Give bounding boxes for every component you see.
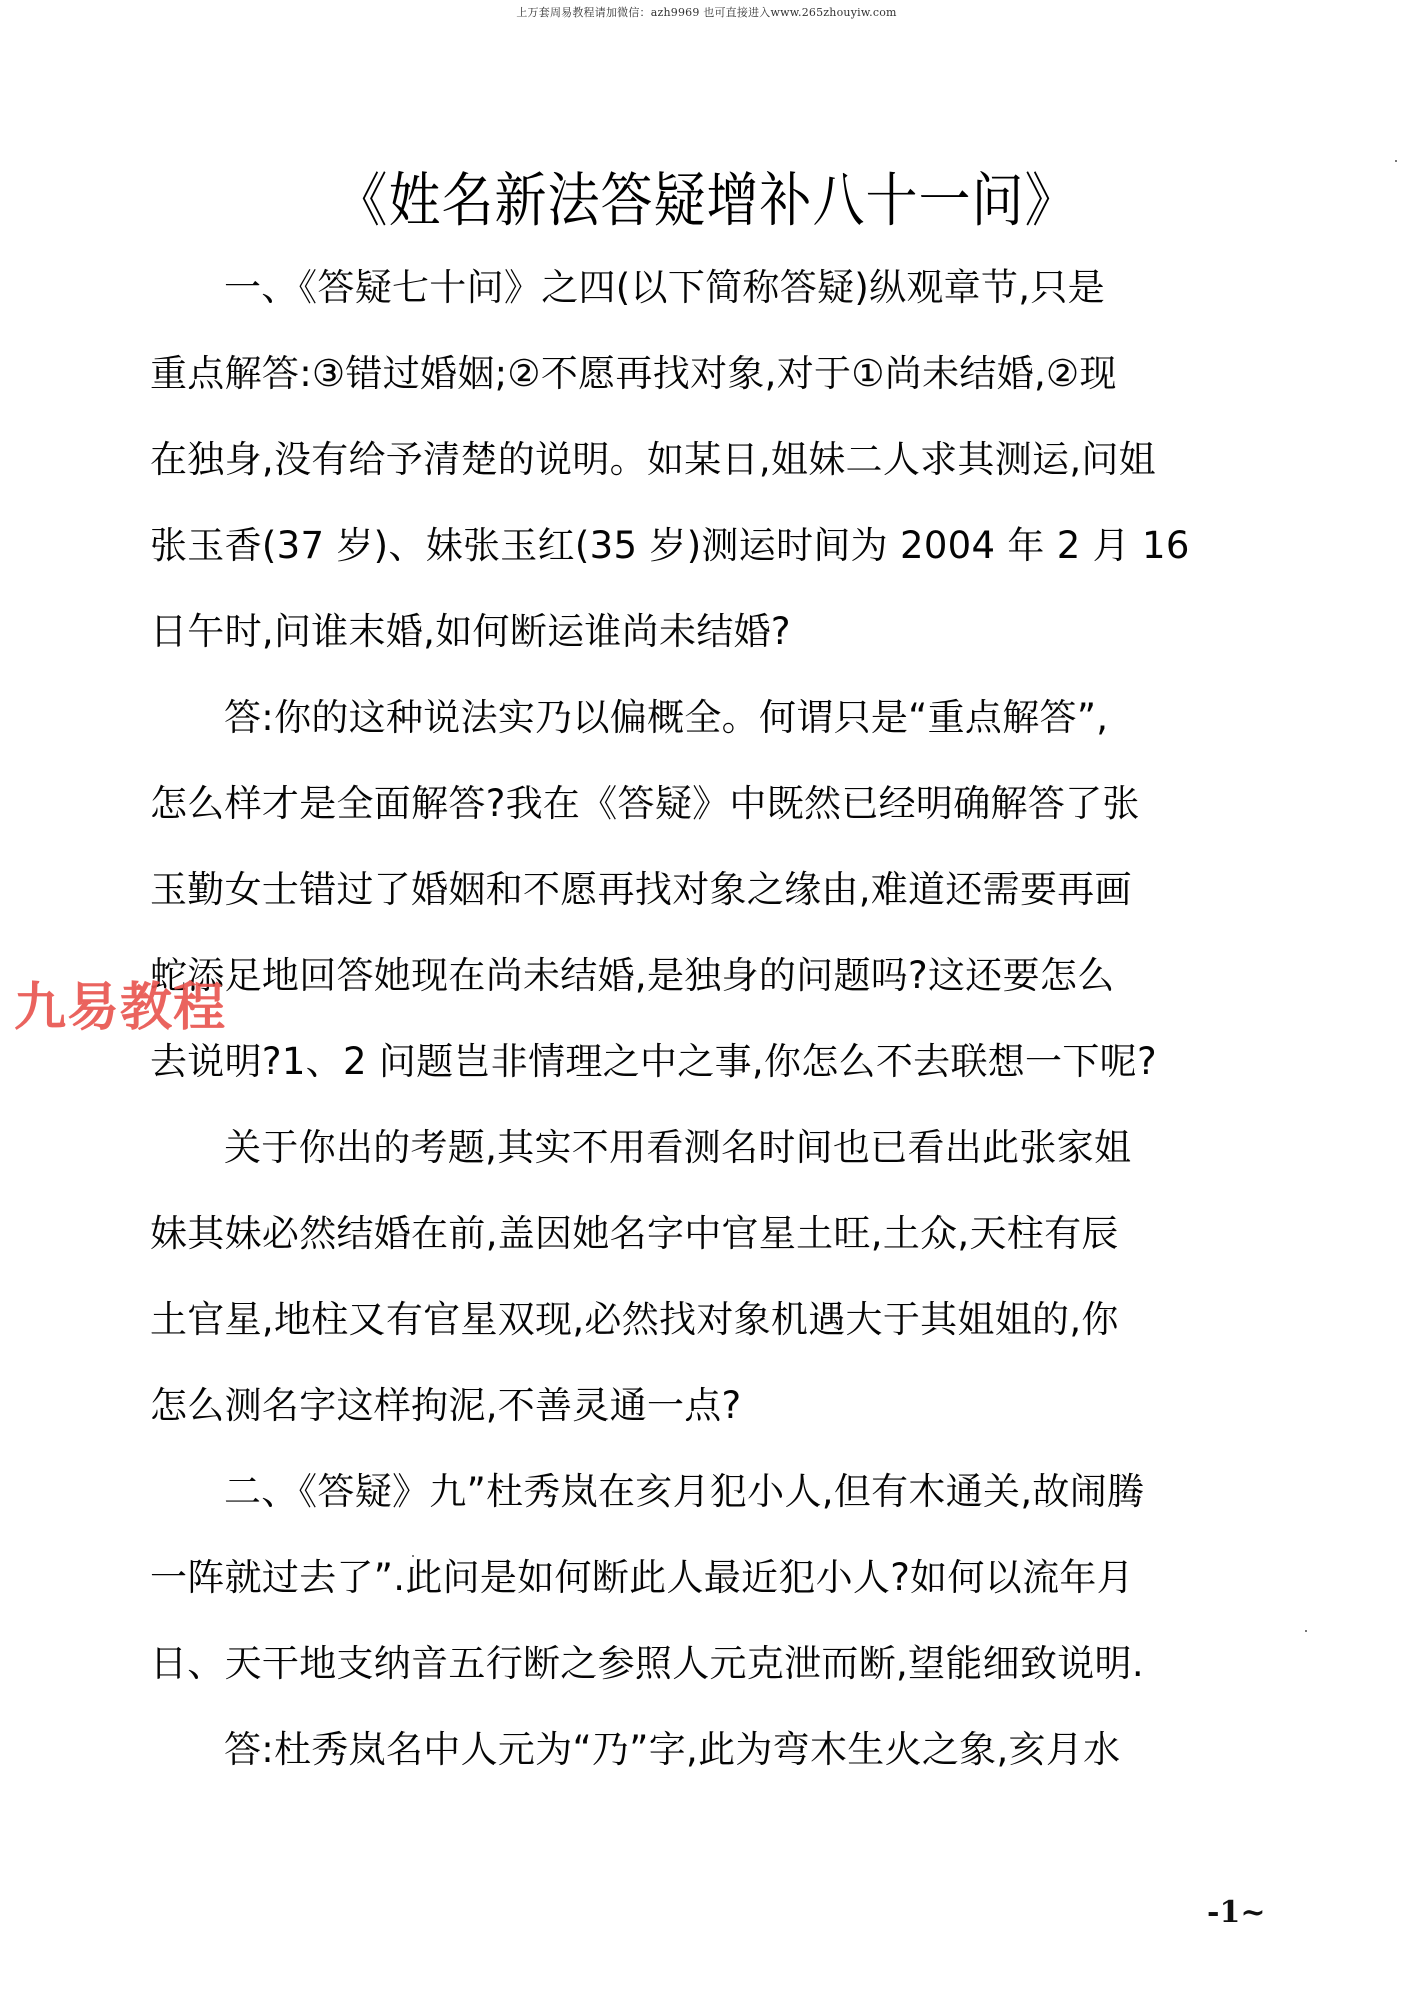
- watermark-logo: 九易教程: [14, 965, 226, 1040]
- paragraph-line: 二、《答疑》九”杜秀岚在亥月犯小人,但有木通关,故闹腾: [150, 1449, 1265, 1535]
- document-body: 一、《答疑七十问》之四(以下简称答疑)纵观章节,只是 重点解答:③错过婚姻;②不…: [150, 245, 1265, 1793]
- document-title: 《姓名新法答疑增补八十一问》: [0, 154, 1413, 238]
- paragraph-line: 答:杜秀岚名中人元为“乃”字,此为弯木生火之象,亥月水: [150, 1707, 1265, 1793]
- paragraph-line: 土官星,地柱又有官星双现,必然找对象机遇大于其姐姐的,你: [150, 1277, 1265, 1363]
- paragraph-line: 玉勤女士错过了婚姻和不愿再找对象之缘由,难道还需要再画: [150, 847, 1265, 933]
- page-number: -1~: [1207, 1895, 1265, 1930]
- paragraph-line: 怎么样才是全面解答?我在《答疑》中既然已经明确解答了张: [150, 761, 1265, 847]
- scan-speck: [1395, 160, 1397, 162]
- top-banner: 上万套周易教程请加微信：azh9969 也可直接进入www.265zhouyiw…: [0, 4, 1413, 20]
- paragraph-line: 在独身,没有给予清楚的说明。如某日,姐妹二人求其测运,问姐: [150, 417, 1265, 503]
- paragraph-line: 怎么测名字这样拘泥,不善灵通一点?: [150, 1363, 1265, 1449]
- paragraph-line: 日、天干地支纳音五行断之参照人元克泄而断,望能细致说明.: [150, 1621, 1265, 1707]
- paragraph-line: 一、《答疑七十问》之四(以下简称答疑)纵观章节,只是: [150, 245, 1265, 331]
- paragraph-line: 关于你出的考题,其实不用看测名时间也已看出此张家姐: [150, 1105, 1265, 1191]
- scan-speck: [412, 1555, 414, 1557]
- scan-speck: [1305, 1630, 1307, 1632]
- paragraph-line: 一阵就过去了”.此问是如何断此人最近犯小人?如何以流年月: [150, 1535, 1265, 1621]
- paragraph-line: 答:你的这种说法实乃以偏概全。何谓只是“重点解答”,: [150, 675, 1265, 761]
- paragraph-line: 蛇添足地回答她现在尚未结婚,是独身的问题吗?这还要怎么: [150, 933, 1265, 1019]
- paragraph-line: 去说明?1、2 问题岂非情理之中之事,你怎么不去联想一下呢?: [150, 1019, 1265, 1105]
- paragraph-line: 妹其妹必然结婚在前,盖因她名字中官星土旺,土众,天柱有辰: [150, 1191, 1265, 1277]
- paragraph-line: 重点解答:③错过婚姻;②不愿再找对象,对于①尚未结婚,②现: [150, 331, 1265, 417]
- paragraph-line: 张玉香(37 岁)、妹张玉红(35 岁)测运时间为 2004 年 2 月 16: [150, 503, 1265, 589]
- paragraph-line: 日午时,问谁末婚,如何断运谁尚未结婚?: [150, 589, 1265, 675]
